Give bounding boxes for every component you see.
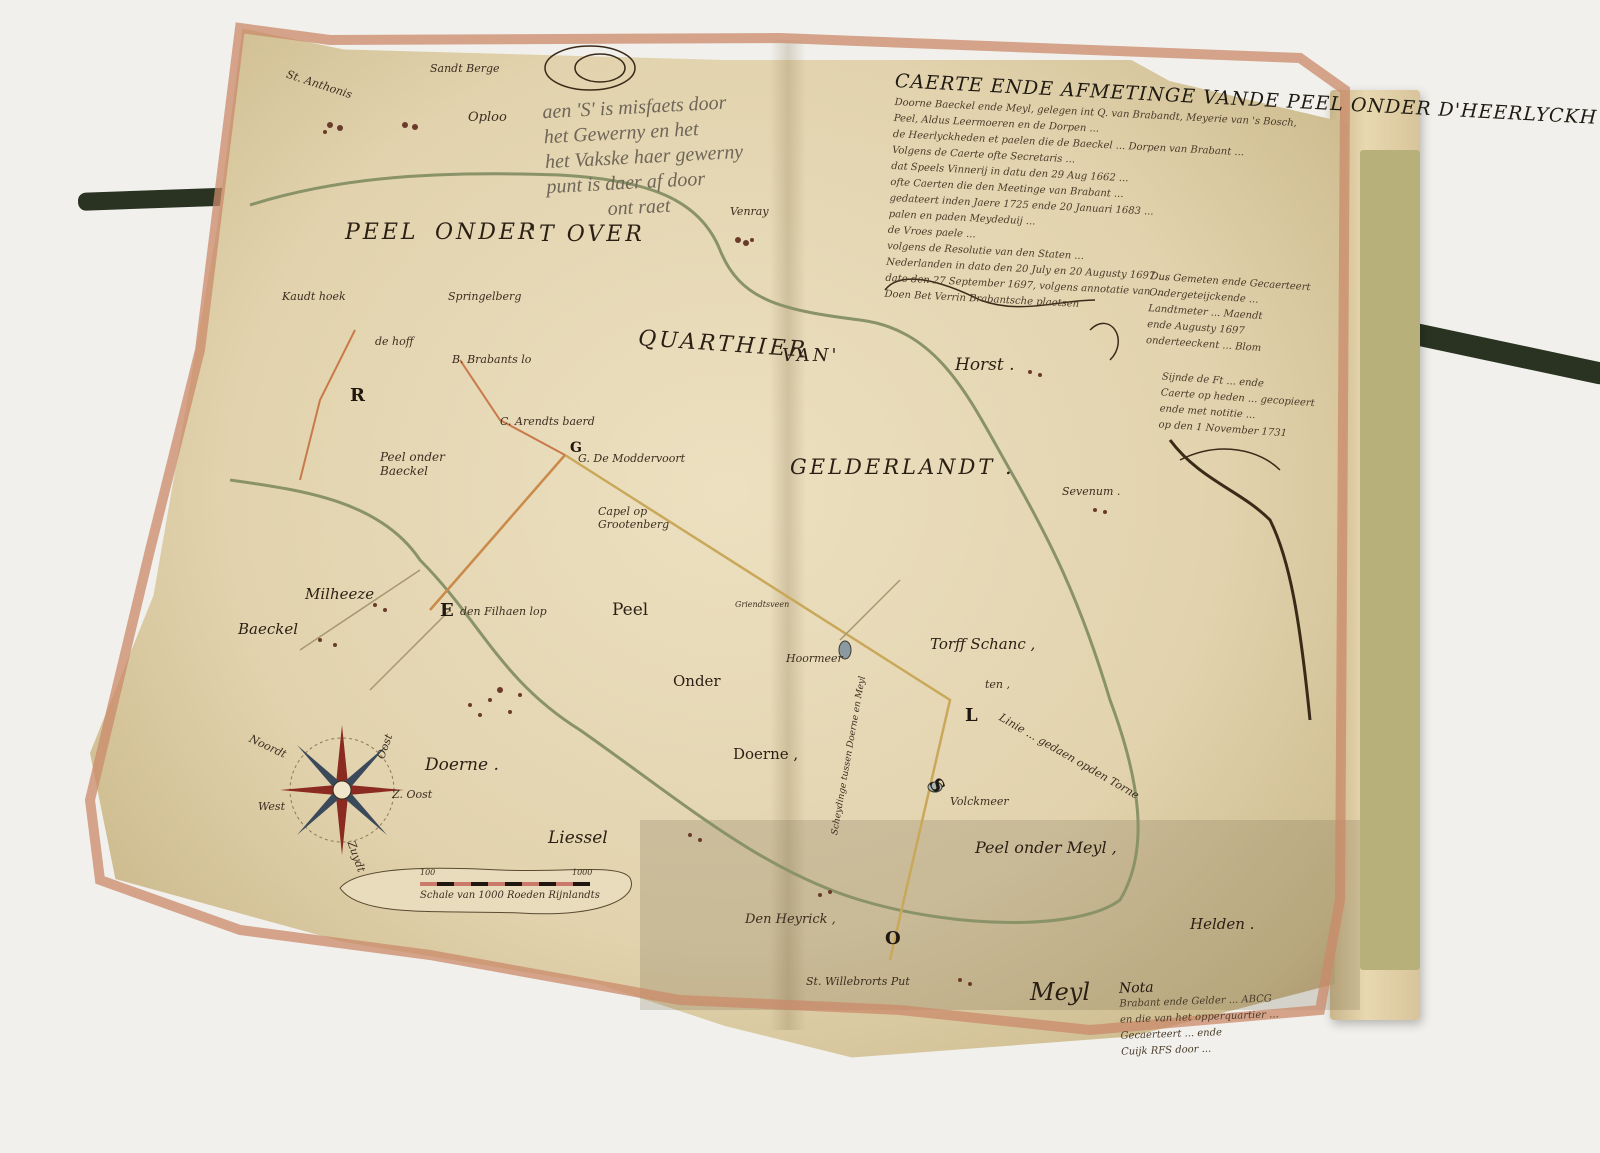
place-den-filhaen-lop: den Filhaen lop [460, 605, 547, 618]
region-label-gelderlandt: GELDERLANDT . [790, 455, 1015, 479]
surveyor-note: Dus Gemeten ende Gecaerteert Ondergeteij… [1145, 269, 1320, 361]
place-volckmeer: Volckmeer [950, 795, 1009, 808]
place-ten: ten , [985, 678, 1010, 691]
scale-tick-start: 100 [420, 868, 435, 877]
place-sandt-berge: Sandt Berge [430, 62, 500, 75]
place-de-heyrick: Den Heyrick , [745, 912, 836, 927]
survey-point-g: G [570, 440, 582, 456]
survey-line-yellow-2 [430, 455, 565, 610]
place-oploo: Oploo [468, 110, 507, 125]
region-label-peel: PEEL [345, 220, 419, 245]
region-label-onder: ONDER [435, 220, 538, 245]
place-venray: Venray [730, 205, 769, 218]
place-capel-op-grootenberg: Capel op Grootenberg [598, 505, 658, 531]
region-label-t-over: 'T OVER [530, 222, 645, 247]
place-onder: Onder [673, 672, 721, 690]
compass-label-west: West [258, 800, 285, 813]
survey-line-red [300, 330, 355, 480]
place-sevenum: Sevenum . [1062, 485, 1120, 498]
place-kaudt-hoek: Kaudt hoek [282, 290, 346, 303]
place-peel: Peel [612, 600, 648, 620]
survey-line-red-2 [460, 360, 565, 455]
place-peel-onder-meyl: Peel onder Meyl , [975, 838, 1117, 857]
place-peel-onder-bakel: Peel onder Baeckel [380, 450, 460, 478]
scale-bar-label: Schale van 1000 Roeden Rijnlandts [420, 890, 600, 901]
place-st-willebrords-put: St. Willebrorts Put [806, 975, 910, 988]
survey-point-l: L [965, 705, 978, 726]
region-label-van: VAN' [782, 345, 839, 366]
place-springelberg: Springelberg [448, 290, 521, 303]
place-torff-schans: Torff Schanc , [930, 635, 1035, 653]
survey-point-o: O [885, 928, 901, 949]
place-doerne-center: Doerne , [733, 745, 798, 763]
place-griendtsveen: Griendtsveen [735, 600, 789, 609]
place-de-hoff: de hoff [375, 335, 414, 348]
bottom-nota: Nota Brabant ende Gelder ... ABCG en die… [1119, 975, 1280, 1060]
place-arendts-baerd: C. Arendts baerd [500, 415, 595, 428]
copy-note: Sijnde de Ft ... ende Caerte op heden ..… [1158, 369, 1322, 444]
map-linework [0, 0, 1600, 1153]
compass-label-z-oost: Z. Oost [392, 788, 432, 801]
survey-point-e: E [440, 600, 454, 621]
place-bakel: Baeckel [238, 620, 298, 638]
place-milheeze: Milheeze [305, 585, 374, 603]
pencil-annotation: aen 'S' is misfaets door het Gewerny en … [542, 90, 747, 225]
survey-point-r: R [350, 385, 365, 406]
place-moddervoort: G. De Moddervoort [578, 452, 685, 465]
place-liessel: Liessel [548, 828, 608, 848]
place-doerne-left: Doerne . [425, 755, 499, 775]
place-horst: Horst . [955, 355, 1015, 375]
district-line [1170, 440, 1310, 720]
scale-tick-end: 1000 [572, 868, 592, 877]
place-brabants-lo: B. Brabants lo [452, 353, 531, 366]
place-helden: Helden . [1190, 915, 1254, 933]
place-meyl: Meyl [1030, 978, 1090, 1006]
place-hoormeer: Hoormeer [786, 652, 843, 665]
